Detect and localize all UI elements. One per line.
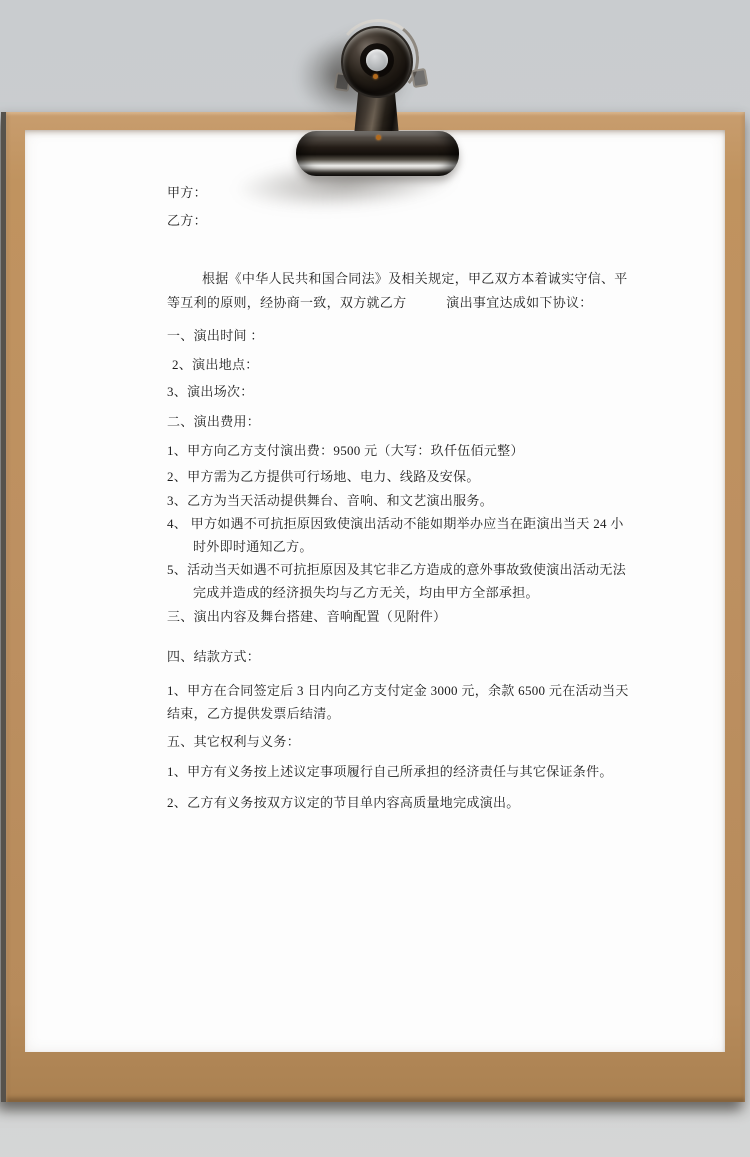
clause-2-heading: 二、演出费用： [167, 410, 637, 433]
paragraph-intro: 根据《中华人民共和国合同法》及相关规定，甲乙双方本着诚实守信、平 等互利的原则，… [167, 267, 637, 315]
clause-5-item-1: 1、甲方有义务按上述议定事项履行自己所承担的经济责任与其它保证条件。 [167, 760, 637, 783]
clause-5-heading: 五、其它权利与义务： [167, 730, 637, 753]
contract-paper: 商业演出合作合同 甲方： 乙方： 根据《中华人民共和国合同法》及相关规定，甲乙双… [25, 130, 725, 1052]
clause-4-item-1: 1、甲方在合同签定后 3 日内向乙方支付定金 3000 元，余款 6500 元在… [167, 679, 637, 725]
scene-photo: { "colors":{ "wall":"#cbced0", "clipboar… [0, 0, 750, 1157]
clause-1-location: 2、演出地点： [172, 353, 637, 376]
contract-document: 商业演出合作合同 甲方： 乙方： 根据《中华人民共和国合同法》及相关规定，甲乙双… [167, 130, 637, 814]
clip-spring-circle [341, 26, 413, 98]
clause-2-item-1: 1、甲方向乙方支付演出费：9500 元（大写：玖仟伍佰元整） [167, 439, 637, 462]
clause-2-item-4: 4、 甲方如遇不可抗拒原因致使演出活动不能如期举办应当在距演出当天 24 小 时… [167, 512, 637, 558]
binder-clip [288, 14, 470, 182]
clause-2-item-5: 5、活动当天如遇不可抗拒原因及其它非乙方造成的意外事故致使演出活动无法 完成并造… [167, 558, 637, 604]
clip-glint-dot [376, 135, 381, 140]
clip-spring-tab-right [411, 68, 429, 88]
clause-1-sessions: 3、演出场次： [167, 380, 637, 403]
clause-1-time: 一、演出时间 ： [167, 324, 637, 347]
clause-2-item-3: 3、乙方为当天活动提供舞台、音响、和文艺演出服务。 [167, 489, 637, 512]
clause-5-item-2: 2、乙方有义务按双方议定的节目单内容高质量地完成演出。 [167, 791, 637, 814]
clip-hanging-hole [366, 49, 388, 71]
clause-2-item-2: 2、甲方需为乙方提供可行场地、电力、线路及安保。 [167, 465, 637, 488]
clause-3-heading: 三、演出内容及舞台搭建、音响配置（见附件） [167, 605, 637, 628]
clip-glint-dot [373, 74, 378, 79]
clipboard: 商业演出合作合同 甲方： 乙方： 根据《中华人民共和国合同法》及相关规定，甲乙双… [1, 112, 745, 1102]
clause-4-heading: 四、结款方式： [167, 645, 637, 668]
